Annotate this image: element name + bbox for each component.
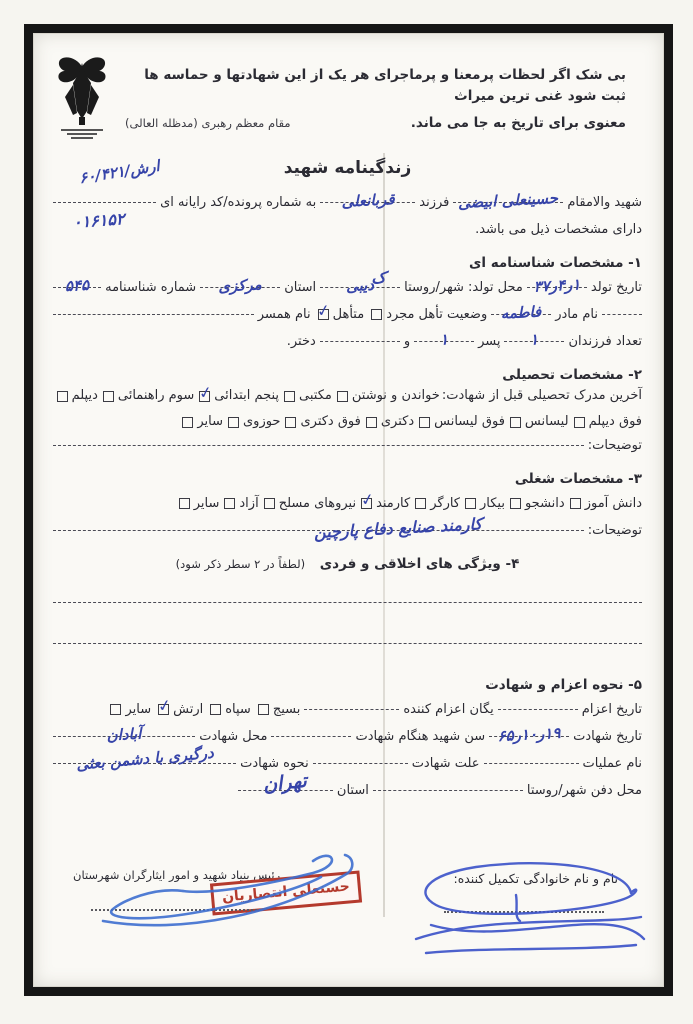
dispatch-unit-field[interactable]: [304, 709, 399, 710]
id-number-value: ۵۴۵: [64, 274, 89, 298]
birth-date-value: ۱ر۴ر۳۷: [533, 273, 581, 299]
option-label: نیروهای مسلح: [279, 494, 356, 514]
martyrdom-date-field[interactable]: ۱۹ر۱۰ر۶۵: [489, 736, 569, 737]
birth-date-field[interactable]: ۱ر۴ر۳۷: [527, 287, 587, 288]
option-label: کارگر: [430, 494, 460, 514]
section3-notes-line: توضیحات: کارمند صنایع دفاع پارچین: [53, 517, 642, 544]
section5-line1: تاریخ اعزام یگان اعزام کننده بسیج سپاه ا…: [53, 696, 642, 723]
notes-label: توضیحات:: [588, 436, 642, 456]
job-notes-value: کارمند صنایع دفاع پارچین: [313, 512, 482, 546]
checkbox[interactable]: [570, 498, 581, 509]
option-label: بسیج: [273, 700, 301, 720]
dispatch-option-artesh[interactable]: ارتش: [155, 700, 203, 720]
education-option[interactable]: فوق لیسانس: [416, 412, 505, 432]
burial-province-value: تهران: [262, 766, 309, 800]
martyr-age-field[interactable]: [271, 736, 351, 737]
mother-name-value: فاطمه: [500, 300, 542, 325]
education-option[interactable]: دیپلم: [54, 386, 98, 406]
marital-status-label: وضعیت تأهل: [419, 305, 488, 325]
checkbox[interactable]: [224, 498, 235, 509]
option-label: سایر: [197, 412, 223, 432]
checkbox[interactable]: [57, 391, 68, 402]
job-option[interactable]: دانشجو: [507, 494, 565, 514]
case-number-label: به شماره پرونده/کد رایانه ای: [160, 193, 316, 213]
job-option[interactable]: بیکار: [462, 494, 505, 514]
section1-heading: ۱- مشخصات شناسنامه ای: [53, 253, 642, 274]
checkbox[interactable]: [179, 498, 190, 509]
quote-line2: معنوی برای تاریخ به جا می ماند.: [411, 113, 626, 134]
dispatch-unit-label: یگان اعزام کننده: [403, 700, 493, 720]
option-label: دکتری: [381, 412, 414, 432]
checkbox[interactable]: [210, 704, 221, 715]
girls-label: دختر.: [287, 332, 316, 352]
option-label: دانش آموز: [585, 494, 642, 514]
checkbox[interactable]: [103, 391, 114, 402]
section1-line3: تعداد فرزندان ۱ پسر ۱ و دختر.: [53, 328, 642, 355]
checkbox[interactable]: [415, 498, 426, 509]
blank-dashes: [484, 763, 579, 764]
dispatch-option-sepah[interactable]: سپاه: [207, 700, 251, 720]
martyr-age-label: سن شهید هنگام شهادت: [355, 727, 485, 747]
province-label: استان: [284, 278, 316, 298]
dispatch-date-label: تاریخ اعزام: [582, 700, 642, 720]
case-number-field[interactable]: [53, 202, 156, 203]
spouse-name-field[interactable]: [53, 314, 254, 315]
bonyad-shahid-tulip-emblem-icon: [53, 53, 111, 145]
quote-line1: بی شک اگر لحظات پرمعنا و پرماجرای هر یک …: [119, 65, 642, 107]
mother-name-field[interactable]: فاطمه: [491, 314, 551, 315]
section1-line1: تاریخ تولد ۱ر۴ر۳۷ محل تولد: شهر/روستا دی…: [53, 274, 642, 301]
id-number-label: شماره شناسنامه: [105, 278, 196, 298]
boys-count-field[interactable]: ۱: [414, 341, 474, 342]
birth-city-value: دیبی: [346, 274, 375, 299]
operation-name-label: نام عملیات: [583, 754, 642, 774]
checkbox[interactable]: [465, 498, 476, 509]
burial-city-field[interactable]: [373, 790, 523, 791]
option-label: فوق لیسانس: [434, 412, 505, 432]
section1-line2: نام مادر فاطمه وضعیت تأهل مجرد متأهل نام…: [53, 301, 642, 328]
birth-city-field[interactable]: دیبی ک: [320, 287, 400, 288]
blank-dashes: [53, 643, 642, 644]
checkbox[interactable]: [337, 391, 348, 402]
education-option[interactable]: مکتبی: [281, 386, 332, 406]
checkbox[interactable]: [361, 498, 372, 509]
blank-dashes: [313, 763, 408, 764]
education-option[interactable]: پنجم ابتدائی: [196, 386, 279, 406]
martyrdom-cause-label: علت شهادت: [412, 754, 480, 774]
option-label: سایر: [194, 494, 220, 514]
checkbox[interactable]: [371, 309, 382, 320]
option-label: مجرد: [386, 305, 414, 325]
checkbox[interactable]: [110, 704, 121, 715]
traits-blank-line-2[interactable]: [53, 630, 642, 657]
checkbox[interactable]: [318, 309, 329, 320]
checkbox[interactable]: [284, 391, 295, 402]
education-lead-label: آخرین مدرک تحصیلی قبل از شهادت:: [442, 386, 642, 406]
option-label: سوم راهنمائی: [118, 386, 194, 406]
intro-line2: دارای مشخصات ذیل می باشد.: [53, 216, 642, 243]
martyrdom-date-value: ۱۹ر۱۰ر۶۵: [497, 722, 561, 749]
job-option[interactable]: کارمند: [358, 494, 410, 514]
martyrdom-date-label: تاریخ شهادت: [573, 727, 642, 747]
checkbox[interactable]: [510, 498, 521, 509]
dispatch-date-field[interactable]: [498, 709, 578, 710]
blank-dashes: [53, 602, 642, 603]
option-label: سایر: [125, 700, 151, 720]
section2-heading: ۲- مشخصات تحصیلی: [53, 365, 642, 386]
burial-province-label: استان: [337, 781, 369, 801]
and-label: و: [404, 332, 410, 352]
checkbox[interactable]: [182, 417, 193, 428]
section4-hint: (لطفاً در ۲ سطر ذکر شود): [176, 557, 305, 571]
scanned-martyr-biography-form: بی شک اگر لحظات پرمعنا و پرماجرای هر یک …: [0, 0, 693, 1024]
checkbox[interactable]: [510, 417, 521, 428]
option-label: حوزوی: [243, 412, 280, 432]
martyr-name-value: حسینعلی ابیضی: [458, 187, 559, 215]
checkbox[interactable]: [366, 417, 377, 428]
id-number-field[interactable]: ۵۴۵: [53, 287, 101, 288]
martyrdom-place-value: آبادان: [106, 722, 142, 747]
province-value: مرکزی: [218, 273, 263, 298]
option-label: خواندن و نوشتن: [352, 386, 440, 406]
education-option[interactable]: دکتری: [363, 412, 414, 432]
blank-dashes: [304, 709, 399, 710]
children-count-label: تعداد فرزندان: [568, 332, 642, 352]
education-option[interactable]: خواندن و نوشتن: [334, 386, 440, 406]
option-label: پنجم ابتدائی: [214, 386, 279, 406]
checkbox[interactable]: [158, 704, 169, 715]
blank-dashes: [271, 736, 351, 737]
job-notes-field[interactable]: کارمند صنایع دفاع پارچین: [53, 530, 584, 531]
education-option[interactable]: فوق دکتری: [282, 412, 360, 432]
section2-options: آخرین مدرک تحصیلی قبل از شهادت: خواندن و…: [53, 386, 642, 432]
blank-dashes: [498, 709, 578, 710]
mother-name-label: نام مادر: [555, 305, 598, 325]
martyr-prefix-label: شهید والامقام: [567, 193, 642, 213]
checkbox[interactable]: [228, 417, 239, 428]
education-option[interactable]: سوم راهنمائی: [100, 386, 194, 406]
children-total-value: ۱: [530, 328, 539, 352]
education-option[interactable]: فوق دیپلم: [571, 412, 642, 432]
education-option[interactable]: لیسانس: [507, 412, 569, 432]
section3-options: دانش آموز دانشجو بیکار کارگر کارمند نیرو…: [53, 490, 642, 517]
completer-signature-line[interactable]: [444, 911, 604, 913]
checkbox[interactable]: [574, 417, 585, 428]
blank-dashes: [53, 314, 254, 315]
checkbox[interactable]: [264, 498, 275, 509]
education-notes-field[interactable]: [53, 445, 584, 446]
option-label: بیکار: [480, 494, 505, 514]
checkbox[interactable]: [258, 704, 269, 715]
job-option[interactable]: سایر: [176, 494, 220, 514]
father-name-value: قربانعلی: [341, 188, 395, 214]
children-total-field[interactable]: ۱: [504, 341, 564, 342]
birth-place-label: محل تولد: شهر/روستا: [404, 278, 523, 298]
province-field[interactable]: مرکزی: [200, 287, 280, 288]
computer-code-note: ۰۱۶۱۵۲: [72, 207, 125, 235]
blank-dashes: [53, 445, 584, 446]
option-label: مکتبی: [299, 386, 332, 406]
job-option[interactable]: نیروهای مسلح: [261, 494, 356, 514]
option-label: کارمند: [376, 494, 410, 514]
dispatch-option-other[interactable]: سایر: [107, 700, 151, 720]
option-label: آزاد: [239, 494, 258, 514]
quote-attribution: مقام معظم رهبری (مدظله العالی): [125, 115, 291, 133]
martyr-name-field[interactable]: حسینعلی ابیضی: [453, 202, 563, 203]
martyrdom-cause-field[interactable]: [313, 763, 408, 764]
intro-followup-label: دارای مشخصات ذیل می باشد.: [475, 220, 642, 240]
option-label: ارتش: [173, 700, 203, 720]
operation-name-field[interactable]: [484, 763, 579, 764]
section3-heading: ۳- مشخصات شغلی: [53, 469, 642, 490]
spouse-name-label: نام همسر: [258, 305, 311, 325]
boys-count-value: ۱: [439, 328, 448, 352]
signature-area: نام و نام خانوادگی تکمیل کننده: رئیس بنی…: [33, 859, 664, 979]
job-option[interactable]: آزاد: [221, 494, 258, 514]
form-border-frame: بی شک اگر لحظات پرمعنا و پرماجرای هر یک …: [24, 24, 673, 996]
education-option[interactable]: سایر: [179, 412, 223, 432]
section5-line2: تاریخ شهادت ۱۹ر۱۰ر۶۵ سن شهید هنگام شهادت…: [53, 723, 642, 750]
burial-place-label: محل دفن شهر/روستا: [527, 781, 642, 801]
header: بی شک اگر لحظات پرمعنا و پرماجرای هر یک …: [53, 49, 642, 145]
burial-province-field[interactable]: تهران: [238, 790, 333, 791]
martyrdom-place-field[interactable]: آبادان: [53, 736, 195, 737]
leading-dashes: [602, 314, 642, 315]
birth-city-correction: ک: [371, 266, 385, 291]
section4-heading: ۴- ویژگی های اخلاقی و فردی (لطفاً در ۲ س…: [53, 554, 642, 575]
option-label: فوق دکتری: [300, 412, 360, 432]
birth-date-label: تاریخ تولد: [591, 278, 642, 298]
dispatch-option-basij[interactable]: بسیج: [255, 700, 301, 720]
option-label: فوق دیپلم: [589, 412, 642, 432]
child-of-label: فرزند: [419, 193, 449, 213]
option-label: لیسانس: [525, 412, 569, 432]
checkbox[interactable]: [285, 417, 296, 428]
marital-option-married[interactable]: متأهل: [315, 305, 365, 325]
martyrdom-manner-field[interactable]: درگیری با دشمن بعثی: [53, 763, 236, 764]
section4-title-text: ۴- ویژگی های اخلاقی و فردی: [320, 556, 520, 572]
marital-option-single[interactable]: مجرد: [368, 305, 414, 325]
completer-name-label: نام و نام خانوادگی تکمیل کننده:: [453, 869, 618, 888]
blank-dashes: [320, 341, 400, 342]
blank-dashes: [373, 790, 523, 791]
section5-line3: نام عملیات علت شهادت نحوه شهادت درگیری ب…: [53, 750, 642, 777]
checkbox[interactable]: [419, 417, 430, 428]
education-option[interactable]: حوزوی: [225, 412, 280, 432]
section5-heading: ۵- نحوه اعزام و شهادت: [53, 675, 642, 696]
girls-count-field[interactable]: [320, 341, 400, 342]
option-label: سپاه: [225, 700, 251, 720]
traits-blank-line-1[interactable]: [53, 589, 642, 616]
section5-line4: محل دفن شهر/روستا استان تهران: [53, 777, 642, 804]
intro-line: شهید والامقام حسینعلی ابیضی فرزند قربانع…: [53, 189, 642, 216]
father-name-field[interactable]: قربانعلی: [320, 202, 415, 203]
option-label: دیپلم: [72, 386, 98, 406]
job-option[interactable]: دانش آموز: [567, 494, 642, 514]
blank-dashes: [53, 202, 156, 203]
option-label: متأهل: [333, 305, 365, 325]
notes-label: توضیحات:: [588, 521, 642, 541]
option-label: دانشجو: [525, 494, 565, 514]
checkbox[interactable]: [199, 391, 210, 402]
boys-label: پسر: [478, 332, 500, 352]
job-option[interactable]: کارگر: [412, 494, 460, 514]
chief-signature-line[interactable]: [91, 909, 261, 911]
section2-notes-line: توضیحات:: [53, 432, 642, 459]
